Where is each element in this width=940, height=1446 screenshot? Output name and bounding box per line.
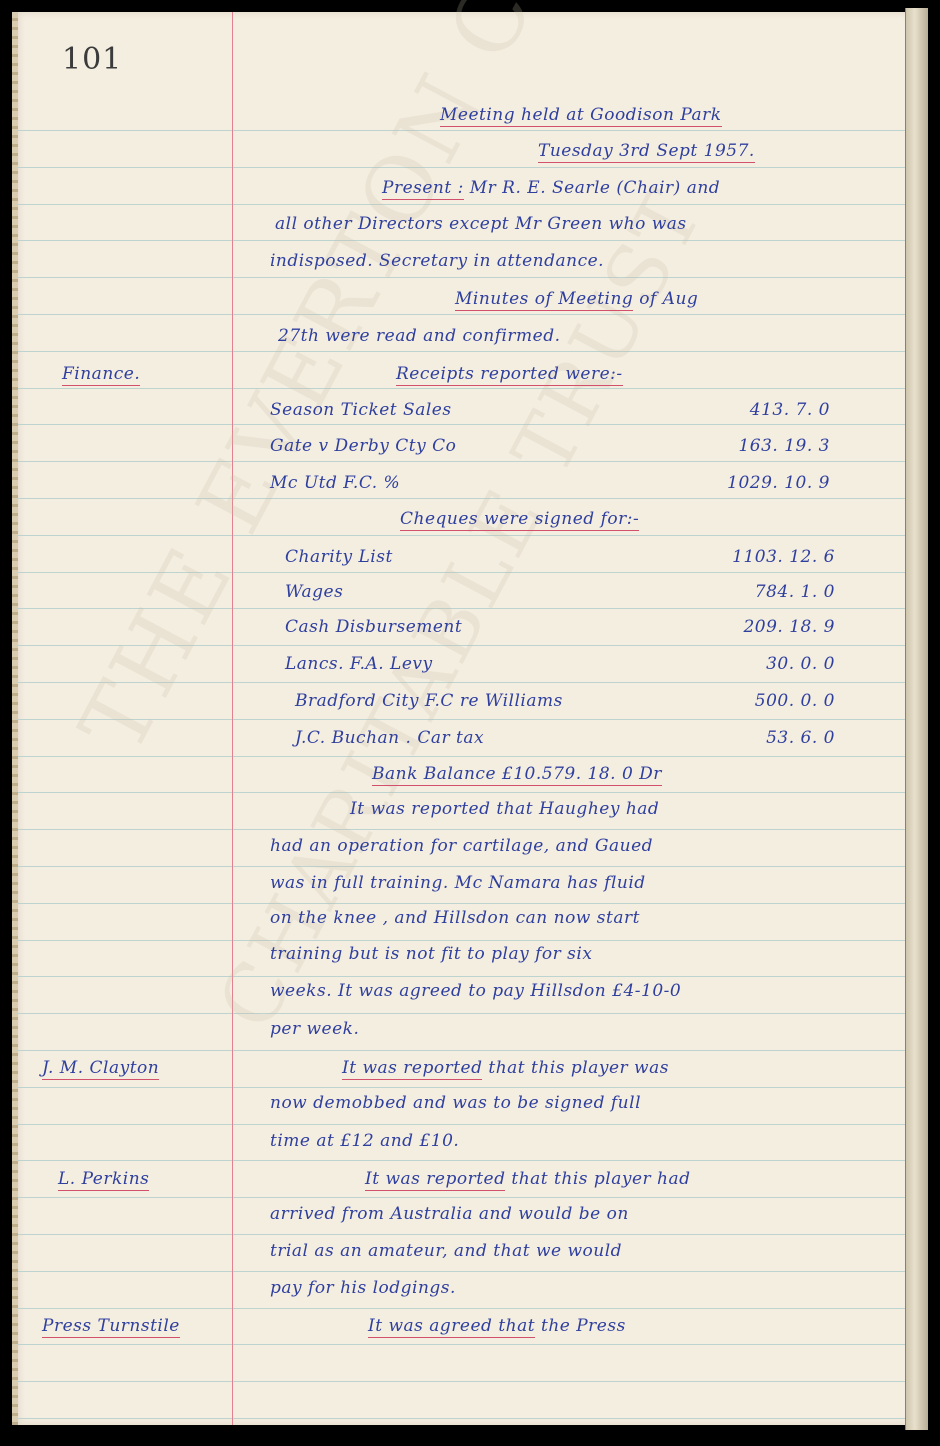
page-number: 101 (62, 42, 122, 77)
present-text: Mr R. E. Searle (Chair) and (470, 178, 720, 198)
injury-line: per week. (270, 1019, 359, 1039)
ruled-line (18, 130, 905, 131)
attendance-line-2: all other Directors except Mr Green who … (275, 214, 687, 234)
margin-label-clayton: J. M. Clayton (42, 1058, 159, 1080)
margin-label-finance: Finance. (62, 364, 140, 386)
ruled-line (18, 1381, 905, 1382)
injury-line: had an operation for cartilage, and Gaue… (270, 836, 653, 856)
present-label: Present : (382, 178, 464, 200)
cheque-amount: 1103. 12. 6 (705, 547, 835, 567)
clayton-line: now demobbed and was to be signed full (270, 1093, 641, 1113)
ruled-line (18, 1160, 905, 1161)
cheque-item: J.C. Buchan . Car tax (295, 728, 484, 748)
injury-line: on the knee , and Hillsdon can now start (270, 908, 640, 928)
cheque-amount: 500. 0. 0 (705, 691, 835, 711)
perkins-lead: It was reported (365, 1169, 505, 1191)
ruled-line (18, 277, 905, 278)
cheque-amount: 209. 18. 9 (705, 617, 835, 637)
ruled-line (18, 940, 905, 941)
present-line: Present : Mr R. E. Searle (Chair) and (382, 178, 720, 198)
ruled-line (18, 829, 905, 830)
ruled-line (18, 1197, 905, 1198)
ruled-line (18, 903, 905, 904)
cheque-amount: 784. 1. 0 (705, 582, 835, 602)
ruled-line (18, 1087, 905, 1088)
ruled-line (18, 1050, 905, 1051)
cheque-item: Charity List (285, 547, 393, 567)
meeting-date: Tuesday 3rd Sept 1957. (538, 141, 755, 163)
receipt-item: Gate v Derby Cty Co (270, 436, 456, 456)
ruled-line (18, 1124, 905, 1125)
press-line-1: It was agreed that the Press (368, 1316, 626, 1336)
attendance-line-3: indisposed. Secretary in attendance. (270, 251, 604, 271)
cheque-item: Cash Disbursement (285, 617, 462, 637)
ruled-line (18, 1344, 905, 1345)
ruled-line (18, 792, 905, 793)
bank-balance: Bank Balance £10.579. 18. 0 Dr (372, 764, 662, 786)
margin-line (232, 12, 233, 1425)
clayton-line: time at £12 and £10. (270, 1131, 459, 1151)
injury-line: training but is not fit to play for six (270, 944, 592, 964)
margin-label-press-turnstile: Press Turnstile (42, 1316, 180, 1338)
receipt-amount: 1029. 10. 9 (700, 473, 830, 493)
cheque-amount: 53. 6. 0 (705, 728, 835, 748)
minutes-line-1: Minutes of Meeting of Aug (455, 289, 698, 309)
ruled-line (18, 204, 905, 205)
margin-label-perkins: L. Perkins (58, 1169, 149, 1191)
receipt-amount: 163. 19. 3 (700, 436, 830, 456)
book-spine (905, 8, 928, 1430)
minutes-rest: of Aug (639, 289, 698, 309)
cheque-item: Lancs. F.A. Levy (285, 654, 433, 674)
meeting-heading: Meeting held at Goodison Park (440, 105, 722, 127)
clayton-line-1: It was reported that this player was (342, 1058, 669, 1078)
perkins-line: arrived from Australia and would be on (270, 1204, 629, 1224)
ruled-line (18, 682, 905, 683)
cheque-item: Bradford City F.C re Williams (295, 691, 563, 711)
ruled-line (18, 314, 905, 315)
ruled-line (18, 1234, 905, 1235)
press-lead: It was agreed that (368, 1316, 535, 1338)
cheques-heading: Cheques were signed for:- (400, 509, 639, 531)
cheque-item: Wages (285, 582, 343, 602)
perkins-line-1: It was reported that this player had (365, 1169, 691, 1189)
perkins-line: trial as an amateur, and that we would (270, 1241, 622, 1261)
ruled-line (18, 719, 905, 720)
ruled-line (18, 240, 905, 241)
ruled-line (18, 1271, 905, 1272)
receipts-heading: Receipts reported were:- (396, 364, 623, 386)
ruled-line (18, 461, 905, 462)
ruled-line (18, 498, 905, 499)
press-rest: the Press (541, 1316, 626, 1336)
receipt-item: Mc Utd F.C. % (270, 473, 400, 493)
ruled-line (18, 1013, 905, 1014)
ruled-line (18, 756, 905, 757)
perkins-rest: that this player had (511, 1169, 690, 1189)
ruled-line (18, 866, 905, 867)
clayton-lead: It was reported (342, 1058, 482, 1080)
ruled-line (18, 608, 905, 609)
minutes-label: Minutes of Meeting (455, 289, 633, 311)
cheque-amount: 30. 0. 0 (705, 654, 835, 674)
perkins-line: pay for his lodgings. (270, 1278, 456, 1298)
ruled-line (18, 351, 905, 352)
ruled-line (18, 388, 905, 389)
injury-line: was in full training. Mc Namara has flui… (270, 873, 646, 893)
clayton-rest: that this player was (488, 1058, 669, 1078)
ruled-line (18, 424, 905, 425)
ruled-line (18, 572, 905, 573)
ruled-line (18, 167, 905, 168)
ruled-line (18, 645, 905, 646)
ruled-line (18, 976, 905, 977)
ruled-line (18, 535, 905, 536)
receipt-item: Season Ticket Sales (270, 400, 452, 420)
minutes-line-2: 27th were read and confirmed. (278, 326, 561, 346)
ruled-line (18, 1418, 905, 1419)
ruled-line (18, 1308, 905, 1309)
injury-line: weeks. It was agreed to pay Hillsdon £4-… (270, 981, 681, 1001)
receipt-amount: 413. 7. 0 (700, 400, 830, 420)
injury-line: It was reported that Haughey had (350, 799, 659, 819)
